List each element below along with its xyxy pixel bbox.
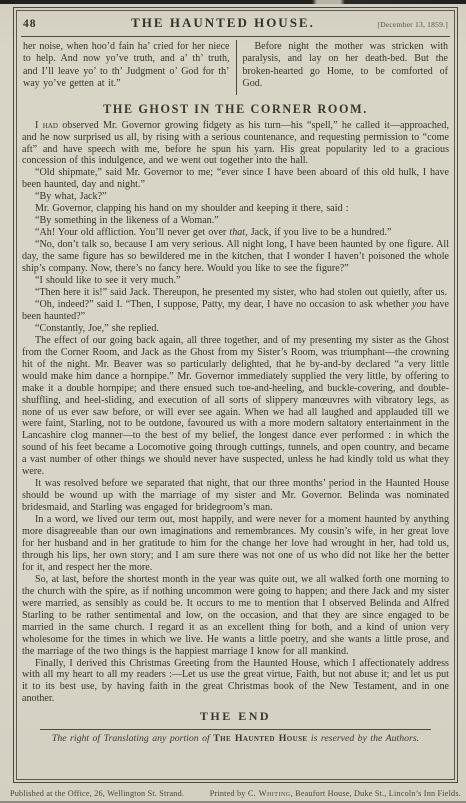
- text-run: Finally, I derived this Christmas Greeti…: [22, 658, 449, 705]
- text-run: “Then here it is!” said Jack. Thereupon,…: [35, 287, 447, 298]
- text-run: “I should like to see it very much.”: [35, 275, 180, 286]
- text-run: “Old shipmate,” said Mr. Governor to me;…: [22, 167, 449, 190]
- page-number: 48: [23, 18, 93, 30]
- page-content: 48 THE HAUNTED HOUSE. [December 13, 1859…: [21, 11, 450, 778]
- imprint-printer: Printed by C. Whiting, Beaufort House, D…: [210, 789, 461, 798]
- imprint-publisher: Published at the Office, 26, Wellington …: [10, 789, 184, 798]
- text-run: Printed by: [210, 789, 248, 798]
- rights-notice: The right of Translating any portion of …: [21, 733, 450, 744]
- page-border-frame: 48 THE HAUNTED HOUSE. [December 13, 1859…: [13, 7, 458, 783]
- paragraph: Finally, I derived this Christmas Greeti…: [22, 658, 449, 706]
- text-run: “Constantly, Joe,” she replied.: [35, 323, 159, 334]
- text-run: “By what, Jack?”: [35, 191, 107, 202]
- text-run: that: [229, 227, 245, 238]
- text-run: Mr. Governor, clapping his hand on my sh…: [35, 203, 349, 214]
- text-run: , Beaufort House, Duke St., Lincoln’s In…: [291, 789, 461, 798]
- text-run: So, at last, before the shortest month i…: [22, 574, 449, 657]
- paragraph: In a word, we lived our term out, most h…: [22, 514, 449, 574]
- the-end-label: THE END: [21, 709, 450, 724]
- left-column-text: her noise, when hoo’d fain ha’ cried for…: [21, 40, 236, 95]
- issue-date: [December 13, 1859.]: [353, 20, 448, 29]
- text-run: I: [35, 120, 43, 131]
- text-run: Published at the Office, 26, Wellington …: [10, 789, 184, 798]
- text-run: “Oh, indeed?” said I. “Then, I suppose, …: [35, 299, 412, 310]
- printer-imprint: Published at the Office, 26, Wellington …: [10, 789, 461, 798]
- paragraph: “Constantly, Joe,” she replied.: [22, 323, 449, 335]
- text-run: you: [412, 299, 427, 310]
- paragraph: The effect of our going back again, all …: [22, 335, 449, 478]
- right-column-text: Before night the mother was stricken wit…: [236, 40, 451, 95]
- text-run: It was resolved before we separated that…: [22, 478, 449, 513]
- text-run: is reserved by the Authors.: [307, 733, 419, 744]
- paragraph: It was resolved before we separated that…: [22, 478, 449, 514]
- text-run: observed Mr. Governor growing fidgety as…: [22, 120, 449, 167]
- story-paragraphs: I had observed Mr. Governor growing fidg…: [21, 120, 450, 706]
- paragraph: I had observed Mr. Governor growing fidg…: [22, 120, 449, 168]
- paragraph: “No, don’t talk so, because I am very se…: [22, 239, 449, 275]
- text-run: The Haunted House: [213, 733, 307, 744]
- paragraph: “By something in the likeness of a Woman…: [22, 215, 449, 227]
- text-run: , Jack, if you live to be a hundred.”: [245, 227, 391, 238]
- paper-background: 48 THE HAUNTED HOUSE. [December 13, 1859…: [0, 0, 466, 803]
- scanned-page: { "header": { "page_number": "48", "titl…: [0, 0, 466, 803]
- text-run: “No, don’t talk so, because I am very se…: [22, 239, 449, 274]
- paragraph: “Then here it is!” said Jack. Thereupon,…: [22, 287, 449, 299]
- section-heading: THE GHOST IN THE CORNER ROOM.: [21, 102, 450, 117]
- scan-edge-top: [0, 0, 466, 4]
- rights-divider-rule: [40, 729, 430, 730]
- text-run: The effect of our going back again, all …: [22, 335, 449, 477]
- text-run: “Ah! Your old affliction. You’ll never g…: [35, 227, 229, 238]
- paragraph: “By what, Jack?”: [22, 191, 449, 203]
- text-run: In a word, we lived our term out, most h…: [22, 514, 449, 573]
- paragraph: “Ah! Your old affliction. You’ll never g…: [22, 227, 449, 239]
- paragraph: Mr. Governor, clapping his hand on my sh…: [22, 203, 449, 215]
- running-header: 48 THE HAUNTED HOUSE. [December 13, 1859…: [21, 11, 450, 37]
- paragraph: “Oh, indeed?” said I. “Then, I suppose, …: [22, 299, 449, 323]
- page-title: THE HAUNTED HOUSE.: [93, 15, 353, 31]
- text-run: “By something in the likeness of a Woman…: [35, 215, 219, 226]
- paragraph: So, at last, before the shortest month i…: [22, 574, 449, 658]
- paragraph: “Old shipmate,” said Mr. Governor to me;…: [22, 167, 449, 191]
- text-run: C. Whiting: [248, 789, 291, 798]
- two-column-section: her noise, when hoo’d fain ha’ cried for…: [21, 37, 450, 95]
- text-run: had: [43, 120, 58, 131]
- paragraph: “I should like to see it very much.”: [22, 275, 449, 287]
- text-run: The right of Translating any portion of: [52, 733, 213, 744]
